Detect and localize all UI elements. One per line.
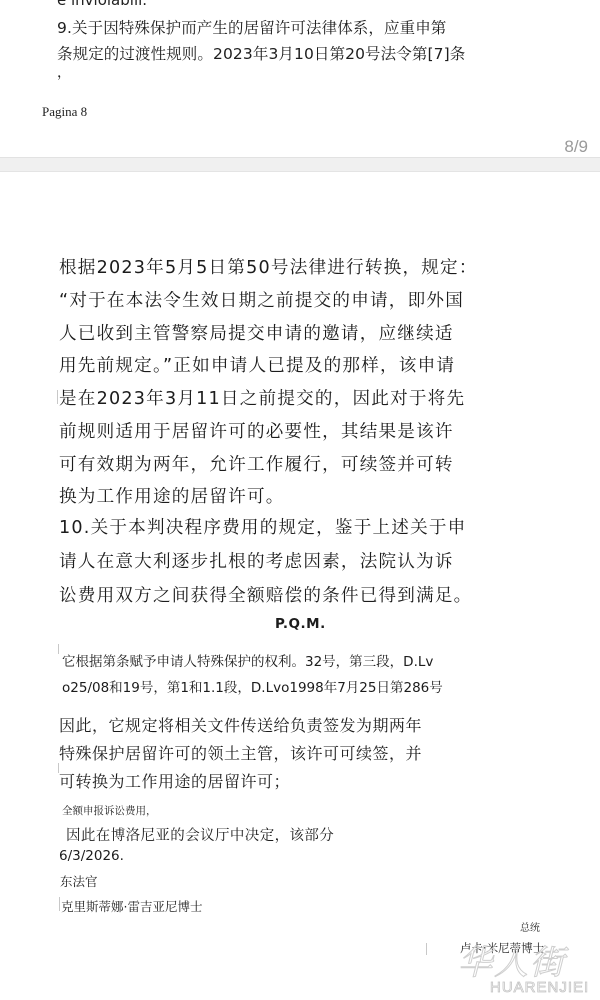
main-paragraph-line: 用先前规定。”正如申请人已提及的那样，该申请 (59, 352, 455, 377)
cut-off-text: e inviolabili. (57, 0, 147, 9)
page-footer: Pagina 8 (42, 104, 87, 120)
costs-line: 全额申报诉讼费用， (62, 803, 157, 818)
decision-date: 6/3/2026. (59, 848, 124, 864)
ruling-reference-line: o25/08和19号，第1和1.1段，D.Lvo1998年7月25日第286号 (62, 676, 443, 696)
paragraph-9-line-2: 条规定的过渡性规则。2023年3月10日第20号法令第[7]条 (57, 42, 465, 64)
page-separator (0, 157, 600, 172)
ruling-order-line: 因此，它规定将相关文件传送给负责签发为期两年 (59, 713, 422, 736)
paragraph-9-line-1: 9.关于因特殊保护而产生的居留许可法律体系，应重申第 (57, 16, 446, 38)
ruling-order-line: 可转换为工作用途的居留许可； (59, 769, 290, 792)
paragraph-10-line: 讼费用双方之间获得全额赔偿的条件已得到满足。 (59, 582, 472, 607)
main-paragraph-line: 换为工作用途的居留许可。 (59, 483, 285, 508)
judge-name: 克里斯蒂娜·雷吉亚尼博士 (61, 897, 202, 915)
paragraph-9-line-3: ， (57, 62, 71, 82)
judge-title: 东法官 (60, 872, 98, 890)
margin-mark (58, 763, 59, 773)
paragraph-10-line: 10.关于本判决程序费用的规定，鉴于上述关于申 (59, 514, 466, 539)
clerk-name: 卢卡·米尼蒂博士 (460, 940, 544, 956)
ruling-order-line: 特殊保护居留许可的领土主管，该许可可续签，并 (59, 741, 422, 764)
main-paragraph-line: 根据2023年5月5日第50号法律进行转换，规定： (59, 254, 478, 279)
clerk-title: 总统 (520, 919, 540, 934)
margin-mark (59, 897, 60, 911)
paragraph-10-line: 请人在意大利逐步扎根的考虑因素，法院认为诉 (59, 548, 454, 573)
main-paragraph-line: 人已收到主管警察局提交申请的邀请，应继续适 (59, 320, 454, 345)
document-page-8: e inviolabili. 9.关于因特殊保护而产生的居留许可法律体系，应重申… (0, 0, 600, 157)
margin-mark (58, 644, 59, 654)
ruling-reference-line: 它根据第条赋予申请人特殊保护的权利。32号，第三段，D.Lv (62, 650, 433, 670)
main-paragraph-line: 可有效期为两年，允许工作履行，可续签并可转 (59, 451, 454, 476)
main-paragraph-line: 前规则适用于居留许可的必要性，其结果是该许 (59, 418, 454, 443)
main-paragraph-line: 是在2023年3月11日之前提交的，因此对于将先 (59, 385, 465, 410)
margin-mark (57, 390, 58, 404)
margin-mark (426, 943, 427, 955)
decision-place-line: 因此在博洛尼亚的会议厅中决定，该部分 (66, 824, 334, 845)
pqm-heading: P.Q.M. (275, 616, 326, 632)
page-indicator: 8/9 (564, 137, 588, 157)
main-paragraph-line: “对于在本法令生效日期之前提交的申请，即外国 (59, 287, 464, 312)
